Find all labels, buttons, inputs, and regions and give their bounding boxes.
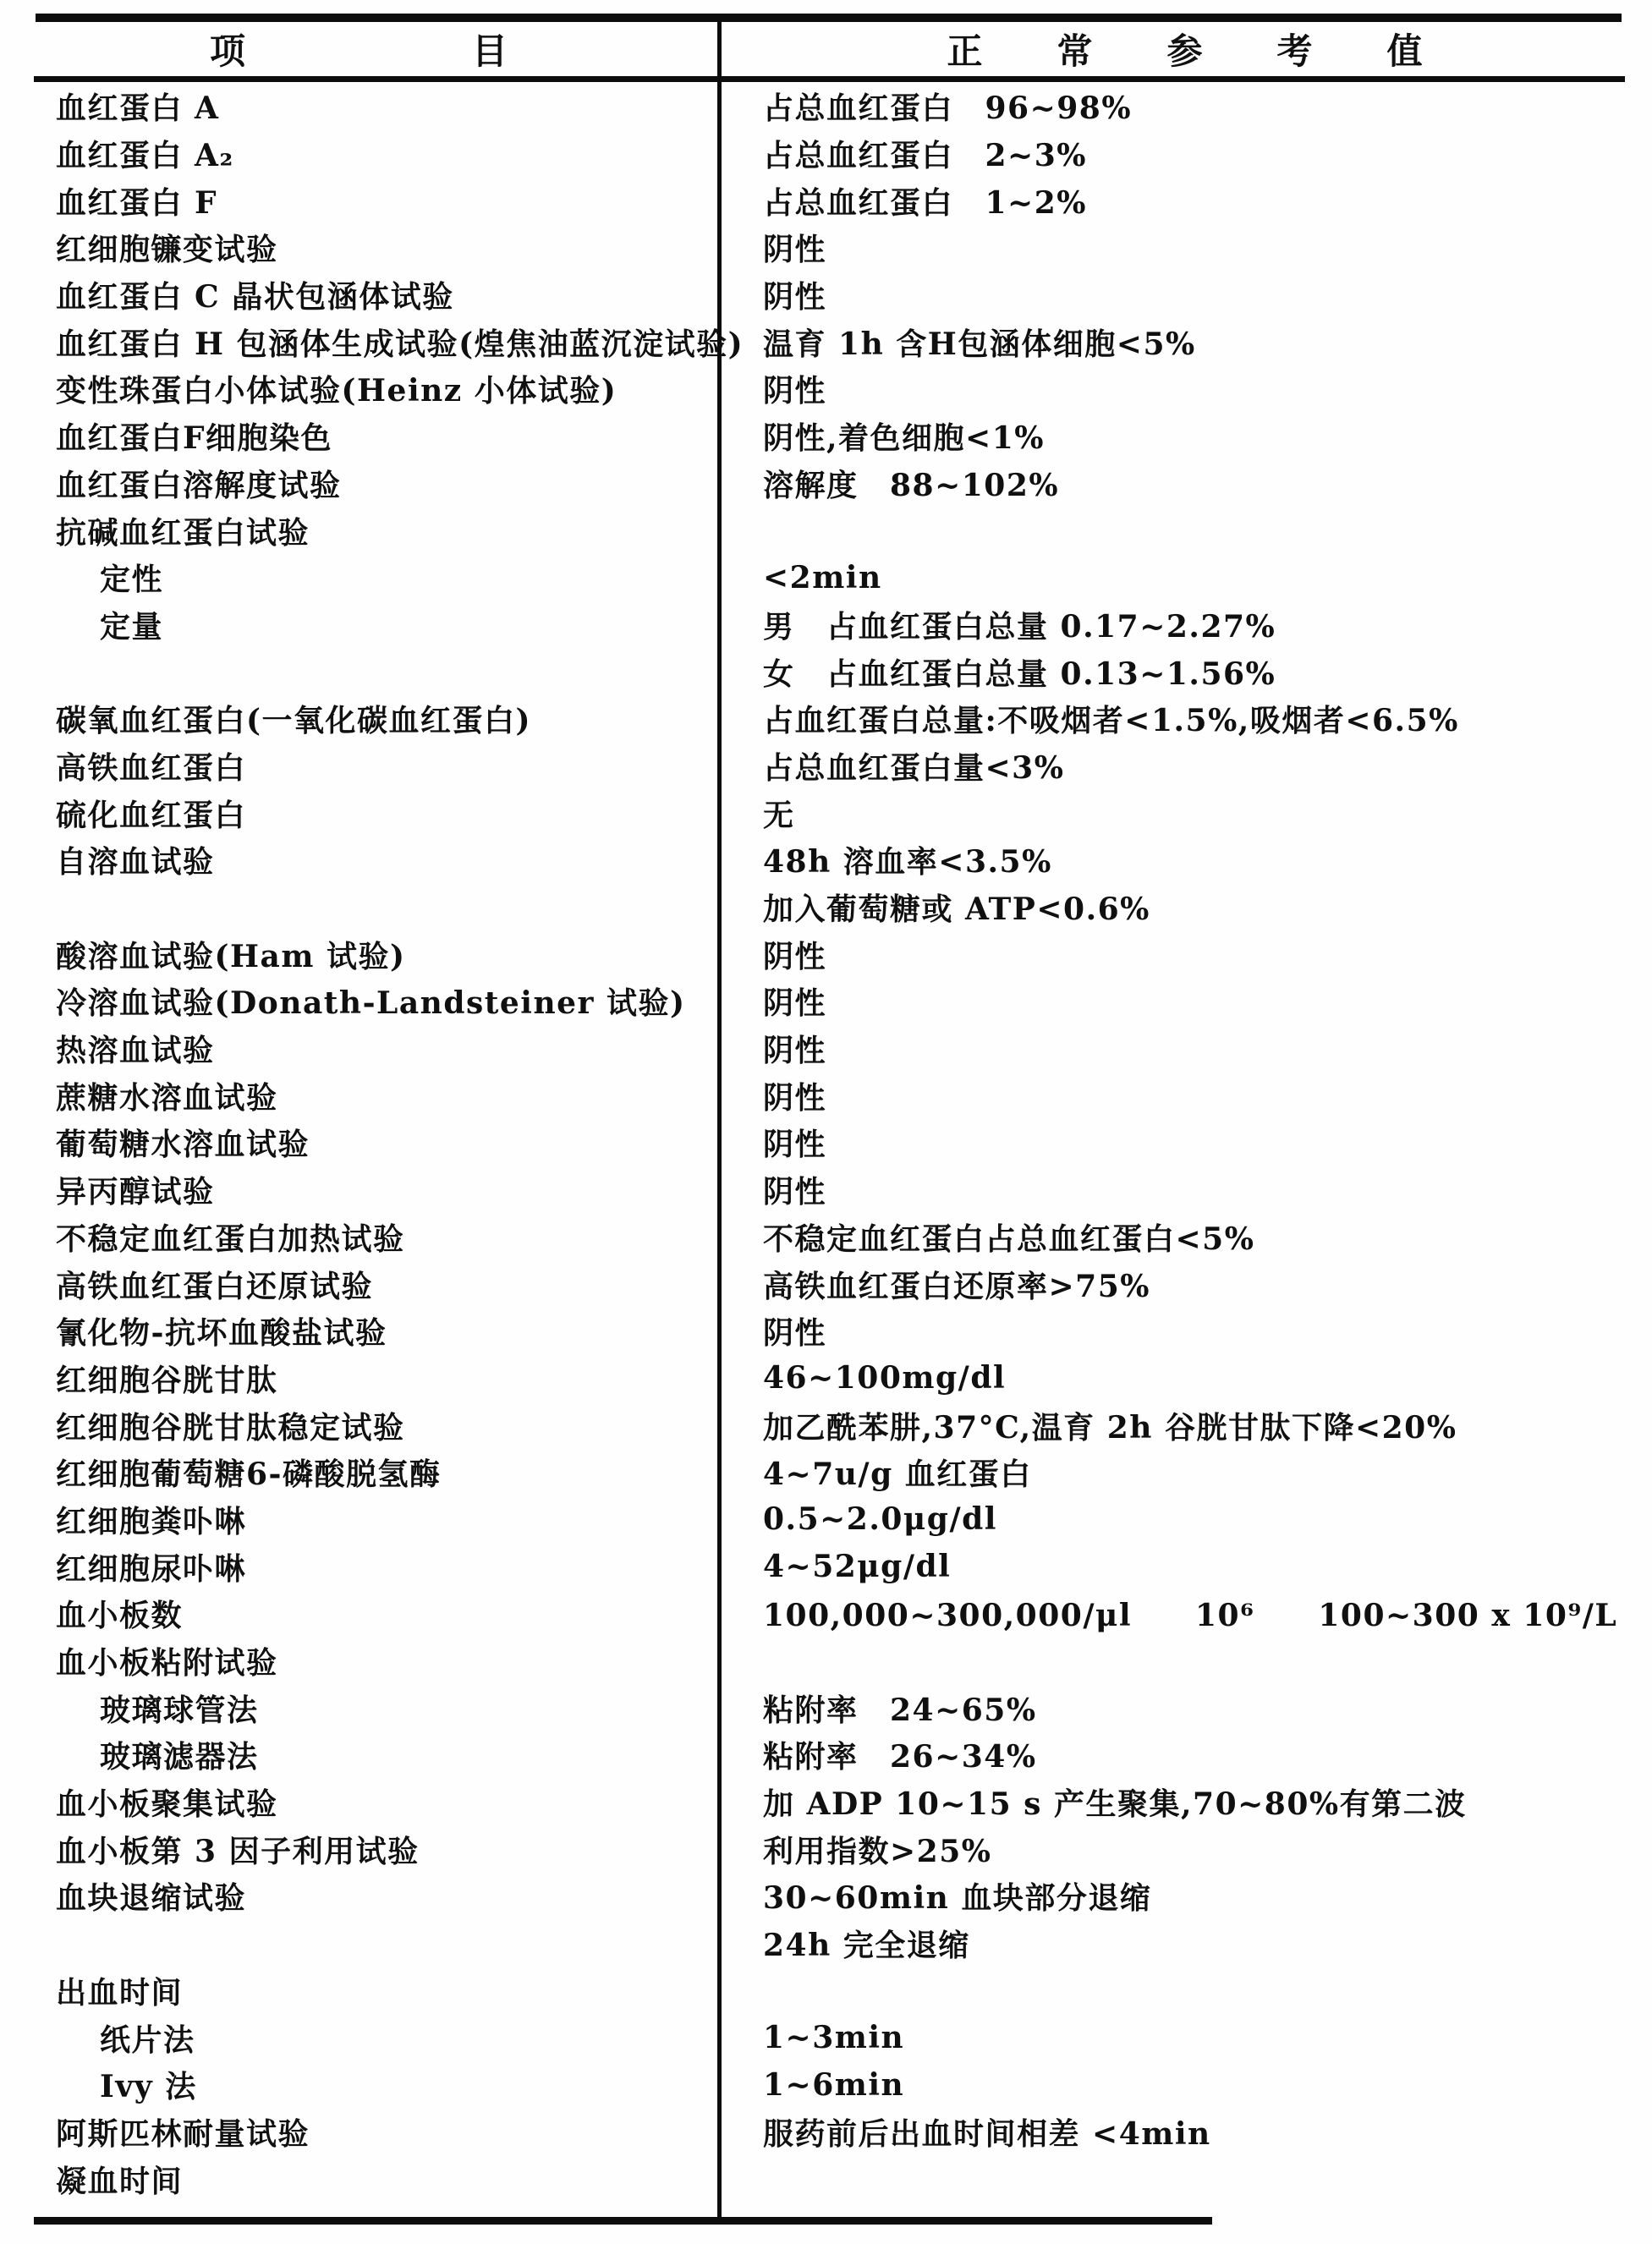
table-row: 红细胞尿卟啉 4~52μg/dl [0, 1543, 1652, 1590]
item-cell: 阿斯匹林耐量试验 [0, 2110, 717, 2153]
item-cell: 血小板数 [0, 1592, 717, 1635]
table-row: 血红蛋白溶解度试验 溶解度 88~102% [0, 460, 1652, 508]
item-cell: 异丙醇试验 [0, 1168, 717, 1211]
value-cell: 4~7u/g 血红蛋白 [717, 1451, 1652, 1494]
bottom-border-rule [34, 2217, 1212, 2225]
table-row: 变性珠蛋白小体试验(Heinz 小体试验) 阴性 [0, 365, 1652, 413]
value-cell: 加乙酰苯肼,37°C,温育 2h 谷胱甘肽下降<20% [717, 1404, 1652, 1447]
value-cell: 阴性 [717, 979, 1652, 1023]
table-row: 阿斯匹林耐量试验 服药前后出血时间相差 <4min [0, 2109, 1652, 2156]
value-cell: 46~100mg/dl [717, 1360, 1652, 1396]
value-cell: 粘附率 26~34% [717, 1733, 1652, 1776]
item-cell: 高铁血红蛋白还原试验 [0, 1263, 717, 1306]
value-cell: 阴性 [717, 1074, 1652, 1117]
item-cell: 抗碱血红蛋白试验 [0, 509, 717, 552]
header-value-column: 正常参考值 [717, 22, 1652, 76]
item-cell: 纸片法 [0, 2016, 717, 2060]
item-cell: 玻璃滤器法 [0, 1733, 717, 1776]
item-cell: 出血时间 [0, 1969, 717, 2012]
value-cell: 100,000~300,000/μl 10⁶ 100~300 x 10⁹/L [717, 1592, 1652, 1635]
value-cell: 粘附率 24~65% [717, 1687, 1652, 1730]
value-cell: 0.5~2.0μg/dl [717, 1501, 1652, 1537]
table-row: 高铁血红蛋白还原试验 高铁血红蛋白还原率>75% [0, 1260, 1652, 1308]
table-row: 女 占血红蛋白总量 0.13~1.56% [0, 648, 1652, 695]
item-cell: 血红蛋白溶解度试验 [0, 462, 717, 505]
value-cell: 4~52μg/dl [717, 1549, 1652, 1584]
value-cell: 阴性 [717, 1027, 1652, 1070]
top-border-rule [36, 14, 1622, 22]
value-cell: 温育 1h 含H包涵体细胞<5% [717, 321, 1652, 364]
table-row: 血红蛋白 A 占总血红蛋白 96~98% [0, 83, 1652, 130]
table-row: 玻璃球管法 粘附率 24~65% [0, 1684, 1652, 1731]
item-cell: 血红蛋白 C 晶状包涵体试验 [0, 273, 717, 316]
item-cell: 血红蛋白 A [0, 85, 717, 128]
table-row: 酸溶血试验(Ham 试验) 阴性 [0, 930, 1652, 978]
table-row: Ivy 法 1~6min [0, 2061, 1652, 2109]
value-cell: 阴性 [717, 226, 1652, 269]
table-row: 红细胞葡萄糖6-磷酸脱氢酶 4~7u/g 血红蛋白 [0, 1449, 1652, 1496]
table-row: 硫化血红蛋白 无 [0, 789, 1652, 837]
item-cell: 玻璃球管法 [0, 1687, 717, 1730]
value-cell: 占总血红蛋白 1~2% [717, 179, 1652, 222]
value-cell: 无 [717, 792, 1652, 835]
item-cell: 血红蛋白 H 包涵体生成试验(煌焦油蓝沉淀试验) [0, 321, 717, 364]
table-row: 血小板聚集试验 加 ADP 10~15 s 产生聚集,70~80%有第二波 [0, 1779, 1652, 1826]
value-cell: 1~3min [717, 2020, 1652, 2055]
value-cell: 阴性 [717, 1309, 1652, 1352]
item-cell: 碳氧血红蛋白(一氧化碳血红蛋白) [0, 697, 717, 740]
value-cell: 30~60min 血块部分退缩 [717, 1874, 1652, 1918]
table-row: 自溶血试验 48h 溶血率<3.5% [0, 837, 1652, 884]
value-cell: 阴性,着色细胞<1% [717, 414, 1652, 458]
item-cell: 不稳定血红蛋白加热试验 [0, 1215, 717, 1259]
item-cell: 血红蛋白 F [0, 179, 717, 222]
table-row: 血小板粘附试验 [0, 1638, 1652, 1685]
item-cell: 葡萄糖水溶血试验 [0, 1121, 717, 1164]
item-cell: 红细胞谷胱甘肽 [0, 1357, 717, 1400]
value-cell: 阴性 [717, 1121, 1652, 1164]
value-cell: 高铁血红蛋白还原率>75% [717, 1263, 1652, 1306]
value-cell: 男 占血红蛋白总量 0.17~2.27% [717, 603, 1652, 646]
item-cell: 红细胞葡萄糖6-磷酸脱氢酶 [0, 1451, 717, 1494]
value-cell: 加 ADP 10~15 s 产生聚集,70~80%有第二波 [717, 1780, 1652, 1824]
item-cell: 红细胞镰变试验 [0, 226, 717, 269]
header-value-label: 正常参考值 [947, 24, 1496, 74]
value-cell: 阴性 [717, 933, 1652, 976]
value-cell: 不稳定血红蛋白占总血红蛋白<5% [717, 1215, 1652, 1259]
table-row: 纸片法 1~3min [0, 2014, 1652, 2061]
item-cell: 酸溶血试验(Ham 试验) [0, 933, 717, 976]
value-cell: 1~6min [717, 2067, 1652, 2103]
value-cell: 占总血红蛋白量<3% [717, 744, 1652, 787]
table-body: 血红蛋白 A 占总血红蛋白 96~98% 血红蛋白 A₂ 占总血红蛋白 2~3%… [0, 83, 1652, 2203]
item-cell: 定量 [0, 603, 717, 646]
header-item-label: 项目 [210, 24, 734, 74]
value-cell: 利用指数>25% [717, 1828, 1652, 1871]
value-cell: 24h 完全退缩 [717, 1922, 1652, 1965]
table-row: 血红蛋白 A₂ 占总血红蛋白 2~3% [0, 130, 1652, 178]
table-row: 血块退缩试验 30~60min 血块部分退缩 [0, 1873, 1652, 1920]
value-cell: 女 占血红蛋白总量 0.13~1.56% [717, 650, 1652, 694]
item-cell: 红细胞粪卟啉 [0, 1498, 717, 1541]
table-row: 红细胞镰变试验 阴性 [0, 224, 1652, 272]
table-row: 冷溶血试验(Donath-Landsteiner 试验) 阴性 [0, 978, 1652, 1025]
table-row: 加入葡萄糖或 ATP<0.6% [0, 884, 1652, 931]
table-row: 氰化物-抗坏血酸盐试验 阴性 [0, 1308, 1652, 1355]
value-cell: 溶解度 88~102% [717, 462, 1652, 505]
column-divider-rule [717, 17, 722, 2220]
table-row: 血小板数 100,000~300,000/μl 10⁶ 100~300 x 10… [0, 1590, 1652, 1638]
item-cell: 冷溶血试验(Donath-Landsteiner 试验) [0, 979, 717, 1023]
value-cell: 48h 溶血率<3.5% [717, 838, 1652, 881]
table-row: 高铁血红蛋白 占总血红蛋白量<3% [0, 743, 1652, 790]
table-row: 抗碱血红蛋白试验 [0, 507, 1652, 554]
table-row: 血红蛋白 F 占总血红蛋白 1~2% [0, 177, 1652, 224]
table-row: 异丙醇试验 阴性 [0, 1166, 1652, 1214]
table-row: 红细胞粪卟啉 0.5~2.0μg/dl [0, 1496, 1652, 1544]
table-row: 碳氧血红蛋白(一氧化碳血红蛋白) 占血红蛋白总量:不吸烟者<1.5%,吸烟者<6… [0, 695, 1652, 743]
item-cell: 蔗糖水溶血试验 [0, 1074, 717, 1117]
table-row: 血红蛋白 H 包涵体生成试验(煌焦油蓝沉淀试验) 温育 1h 含H包涵体细胞<5… [0, 318, 1652, 365]
item-cell: Ivy 法 [0, 2063, 717, 2106]
item-cell: 自溶血试验 [0, 838, 717, 881]
item-cell: 氰化物-抗坏血酸盐试验 [0, 1309, 717, 1352]
value-cell: 占总血红蛋白 2~3% [717, 132, 1652, 175]
item-cell: 红细胞谷胱甘肽稳定试验 [0, 1404, 717, 1447]
table-header-row: 项目 正常参考值 [0, 22, 1652, 76]
item-cell: 变性珠蛋白小体试验(Heinz 小体试验) [0, 367, 717, 410]
item-cell: 血红蛋白F细胞染色 [0, 414, 717, 458]
item-cell: 血小板第 3 因子利用试验 [0, 1828, 717, 1871]
table-row: 24h 完全退缩 [0, 1920, 1652, 1967]
table-row: 葡萄糖水溶血试验 阴性 [0, 1119, 1652, 1166]
table-row: 凝血时间 [0, 2155, 1652, 2203]
header-underline-rule [34, 76, 1625, 82]
item-cell: 红细胞尿卟啉 [0, 1545, 717, 1588]
value-cell: 阴性 [717, 273, 1652, 316]
table-row: 定性 <2min [0, 554, 1652, 601]
value-cell: 服药前后出血时间相差 <4min [717, 2110, 1652, 2153]
header-item-column: 项目 [0, 22, 717, 76]
table-row: 蔗糖水溶血试验 阴性 [0, 1072, 1652, 1119]
reference-table-page: 项目 正常参考值 血红蛋白 A 占总血红蛋白 96~98% 血红蛋白 A₂ 占总… [0, 0, 1652, 2244]
item-cell: 高铁血红蛋白 [0, 744, 717, 787]
table-row: 出血时间 [0, 1967, 1652, 2015]
value-cell: 阴性 [717, 367, 1652, 410]
table-row: 定量 男 占血红蛋白总量 0.17~2.27% [0, 601, 1652, 649]
item-cell: 血红蛋白 A₂ [0, 132, 717, 175]
table-row: 血小板第 3 因子利用试验 利用指数>25% [0, 1825, 1652, 1873]
value-cell: 加入葡萄糖或 ATP<0.6% [717, 886, 1652, 929]
value-cell: <2min [717, 560, 1652, 595]
table-row: 不稳定血红蛋白加热试验 不稳定血红蛋白占总血红蛋白<5% [0, 1214, 1652, 1261]
item-cell: 凝血时间 [0, 2158, 717, 2201]
item-cell: 血小板聚集试验 [0, 1780, 717, 1824]
table-row: 红细胞谷胱甘肽 46~100mg/dl [0, 1355, 1652, 1402]
value-cell: 阴性 [717, 1168, 1652, 1211]
table-row: 玻璃滤器法 粘附率 26~34% [0, 1731, 1652, 1779]
item-cell: 血小板粘附试验 [0, 1639, 717, 1682]
table-row: 血红蛋白 C 晶状包涵体试验 阴性 [0, 272, 1652, 319]
table-row: 血红蛋白F细胞染色 阴性,着色细胞<1% [0, 413, 1652, 460]
table-row: 热溶血试验 阴性 [0, 1025, 1652, 1073]
item-cell: 硫化血红蛋白 [0, 792, 717, 835]
item-cell: 血块退缩试验 [0, 1874, 717, 1918]
value-cell: 占血红蛋白总量:不吸烟者<1.5%,吸烟者<6.5% [717, 697, 1652, 740]
item-cell: 热溶血试验 [0, 1027, 717, 1070]
item-cell: 定性 [0, 556, 717, 599]
value-cell: 占总血红蛋白 96~98% [717, 85, 1652, 128]
table-row: 红细胞谷胱甘肽稳定试验 加乙酰苯肼,37°C,温育 2h 谷胱甘肽下降<20% [0, 1402, 1652, 1449]
